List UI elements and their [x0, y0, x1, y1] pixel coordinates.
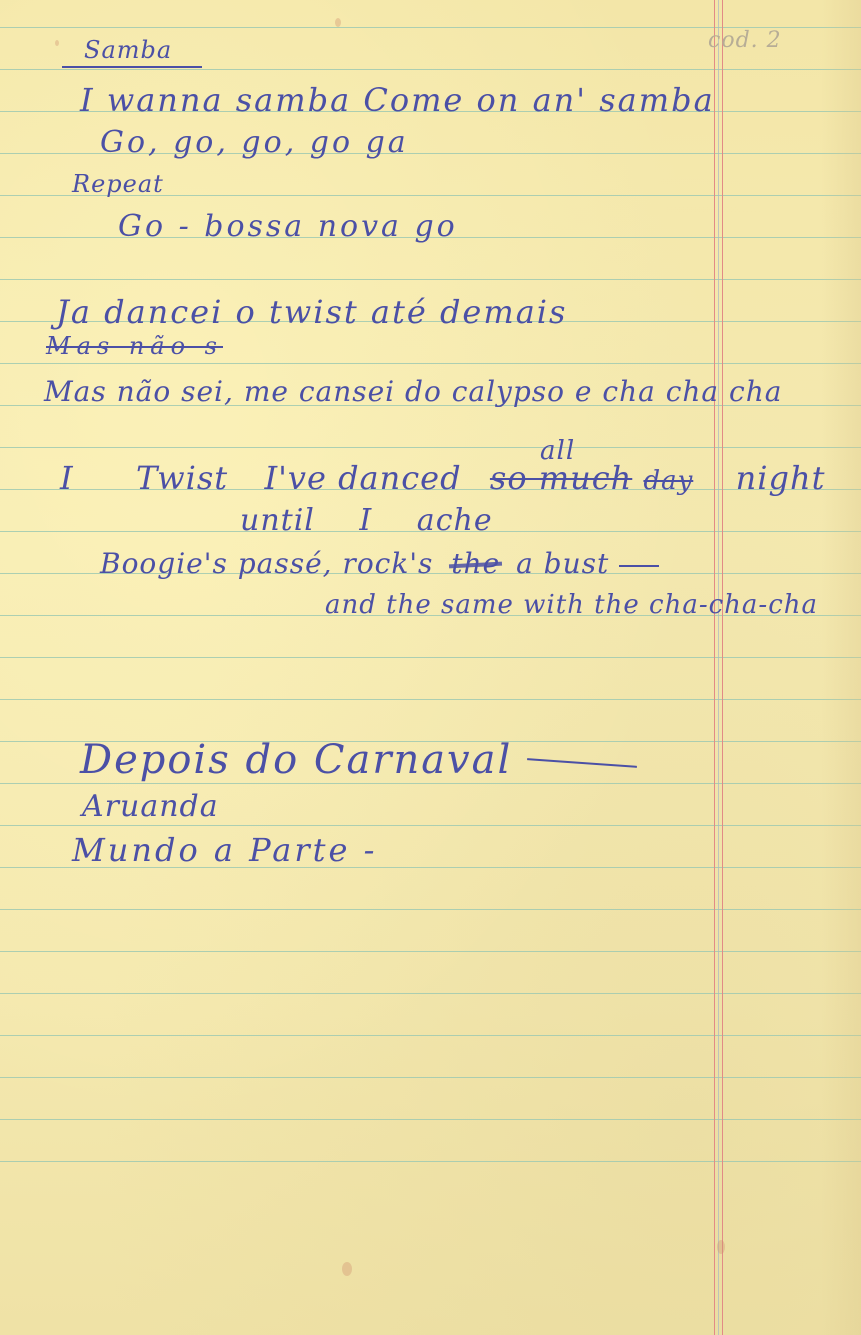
lyric-phrase: Boogie's passé, rock's — [100, 547, 433, 580]
margin-line-blue — [718, 0, 719, 1335]
legal-pad-page: cod. 2 Samba I wanna samba Come on an' s… — [0, 0, 861, 1335]
rule-line — [0, 363, 861, 364]
lyric-line: Go, go, go, go ga — [100, 128, 409, 158]
paper-stain — [335, 18, 341, 27]
lyric-word: I've danced — [264, 459, 461, 497]
rule-line — [0, 279, 861, 280]
corner-note: cod. 2 — [708, 30, 782, 52]
rule-line — [0, 1119, 861, 1120]
rule-line — [0, 69, 861, 70]
repeat-marker: Repeat — [72, 172, 164, 196]
lyric-line: and the same with the cha-cha-cha — [325, 592, 818, 618]
lyric-phrase: a bust — [516, 547, 609, 580]
pen-stroke — [527, 758, 637, 768]
struck-lyric-line: Mas não s — [46, 334, 223, 358]
song-list-item: Mundo a Parte - — [72, 834, 377, 866]
rule-line — [0, 783, 861, 784]
rule-line — [0, 447, 861, 448]
rule-line — [0, 657, 861, 658]
paper-stain — [55, 40, 59, 46]
lyric-word: I — [60, 459, 74, 497]
rule-line — [0, 699, 861, 700]
scribbled-word: the — [451, 550, 500, 578]
inserted-word: all — [540, 438, 575, 464]
lyric-word: Twist — [136, 459, 228, 497]
rule-line — [0, 1077, 861, 1078]
lyric-line: Ja dancei o twist até demais — [56, 296, 567, 328]
pen-stroke — [619, 565, 659, 567]
song-title: Samba — [62, 38, 202, 68]
rule-line — [0, 1035, 861, 1036]
lyric-line: I wanna samba Come on an' samba — [80, 84, 715, 116]
lyric-line: until I ache — [240, 506, 493, 536]
lyric-line-twist: I Twist I've danced so much day night — [60, 462, 825, 494]
lyric-line: Mas não sei, me cansei do calypso e cha … — [44, 378, 782, 406]
song-name: Depois do Carnaval — [80, 737, 512, 783]
lyric-word: night — [736, 459, 826, 497]
margin-line-red — [714, 0, 715, 1335]
paper-stain — [717, 1240, 725, 1254]
paper-stain — [342, 1262, 352, 1276]
rule-line — [0, 1161, 861, 1162]
rule-line — [0, 825, 861, 826]
rule-line — [0, 993, 861, 994]
song-list-item: Depois do Carnaval — [80, 740, 637, 780]
struck-word: day — [643, 466, 693, 496]
margin-line-red — [722, 0, 723, 1335]
rule-line — [0, 909, 861, 910]
lyric-line-boogie: Boogie's passé, rock's the a bust — [100, 550, 659, 578]
rule-line — [0, 951, 861, 952]
song-list-item: Aruanda — [82, 792, 219, 822]
paper-edge-shade — [821, 0, 861, 1335]
lyric-line: Go - bossa nova go — [118, 212, 458, 242]
